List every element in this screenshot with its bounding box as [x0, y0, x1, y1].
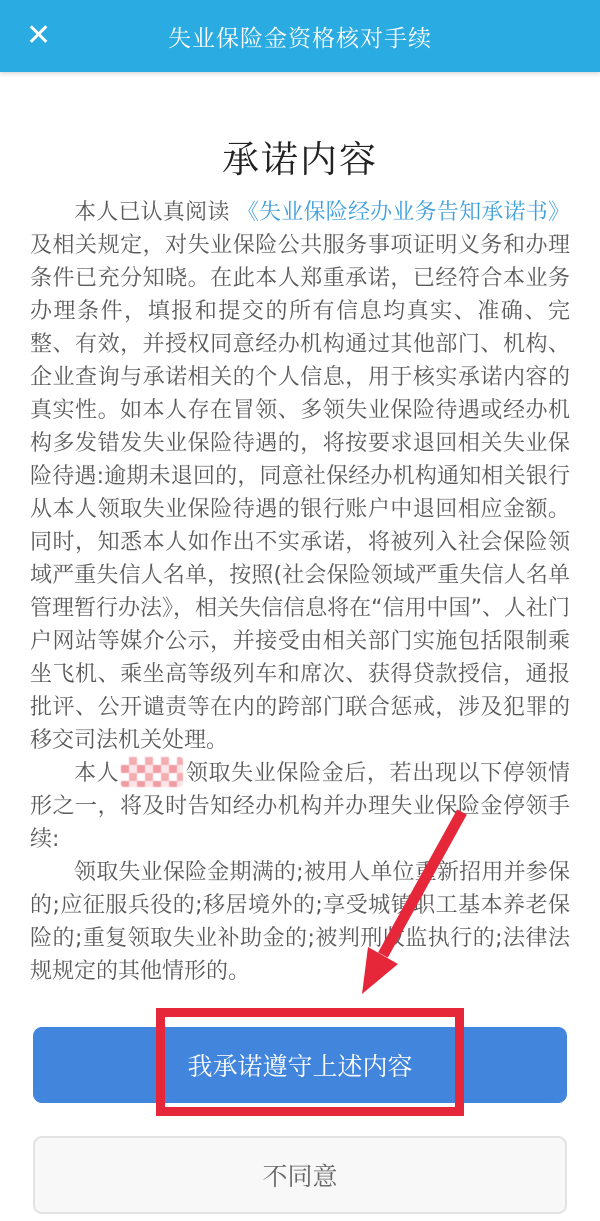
- agree-button[interactable]: 我承诺遵守上述内容: [33, 1027, 567, 1103]
- p1-rest-text: 及相关规定，对失业保险公共服务事项证明义务和办理条件已充分知晓。在此本人郑重承诺…: [30, 233, 570, 753]
- navbar-title: 失业保险金资格核对手续: [168, 20, 432, 53]
- commitment-text: 本人已认真阅读 《失业保险经办业务告知承诺书》及相关规定，对失业保险公共服务事项…: [30, 196, 570, 988]
- redacted-name-mosaic: [121, 757, 183, 787]
- app-screen: ✕ 失业保险金资格核对手续 承诺内容 本人已认真阅读 《失业保险经办业务告知承诺…: [0, 0, 600, 1221]
- disagree-button[interactable]: 不同意: [33, 1136, 567, 1214]
- paragraph-commitment: 本人已认真阅读 《失业保险经办业务告知承诺书》及相关规定，对失业保险公共服务事项…: [30, 196, 570, 757]
- notice-document-link[interactable]: 《失业保险经办业务告知承诺书》: [237, 200, 570, 225]
- page-title: 承诺内容: [0, 138, 600, 182]
- paragraph-stop-intro: 本人领取失业保险金后，若出现以下停领情形之一，将及时告知经办机构并办理失业保险金…: [30, 757, 570, 856]
- paragraph-stop-conditions: 领取失业保险金期满的;被用人单位重新招用并参保的;应征服兵役的;移居境外的;享受…: [30, 856, 570, 988]
- close-icon[interactable]: ✕: [26, 21, 51, 51]
- navbar: ✕ 失业保险金资格核对手续: [0, 0, 600, 72]
- p2-lead-text: 本人: [74, 761, 119, 786]
- p1-lead-text: 本人已认真阅读: [74, 200, 237, 225]
